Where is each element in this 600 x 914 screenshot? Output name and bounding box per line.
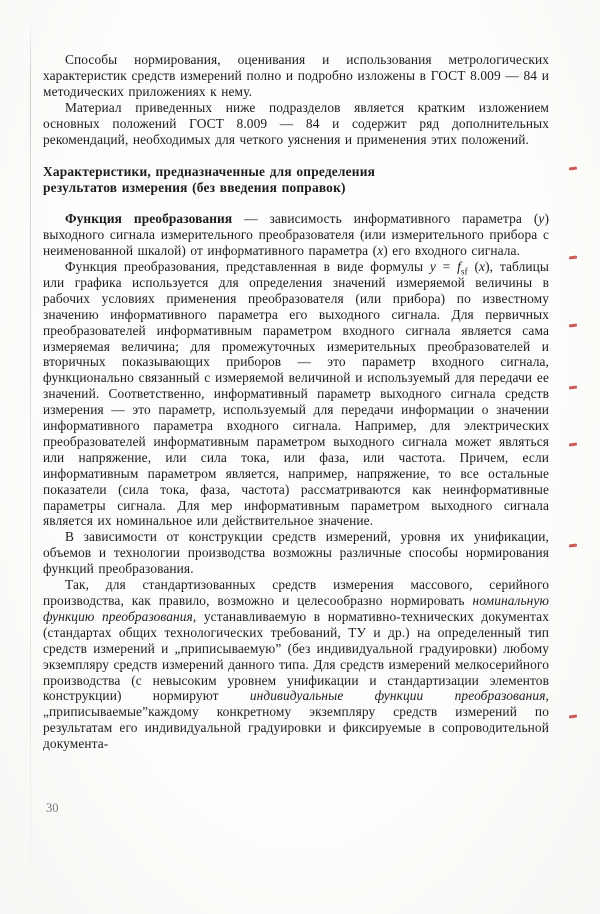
red-margin-mark [569,714,577,718]
red-margin-mark [569,543,577,547]
document-page: Способы нормирования, оценивания и испол… [0,0,600,914]
text-run: ( [468,259,479,274]
paragraph: Так, для стандартизованных средств измер… [43,577,549,752]
red-margin-mark [569,166,577,170]
text-run: = [436,259,457,274]
text-run: ), таблицы или графика используется для … [43,259,549,529]
paragraph: В зависимости от конструкции средств изм… [43,529,549,577]
red-margin-mark [569,385,577,389]
text-run: Способы нормирования, оценивания и испол… [43,52,549,99]
paragraph: Способы нормирования, оценивания и испол… [43,52,549,100]
text-run: Материал приведенных ниже подразделов яв… [43,100,549,147]
text-run: — зависимость информативного параметра ( [232,211,538,226]
paragraph: Функция преобразования, представленная в… [43,259,549,529]
page-number: 30 [46,801,59,816]
red-margin-mark [569,442,577,446]
text-run: В зависимости от конструкции средств изм… [43,529,549,576]
section-heading: Характеристики, предназначенные для опре… [43,164,549,196]
paragraph: Материал приведенных ниже подразделов яв… [43,100,549,148]
text-run: Функция преобразования [65,211,232,226]
text-column: Способы нормирования, оценивания и испол… [43,52,549,752]
text-run: Функция преобразования, представленная в… [65,259,430,274]
red-margin-mark [569,255,577,259]
section-heading-line: результатов измерения (без введения попр… [43,180,549,196]
text-run: индивидуальные функции преобразования [250,688,546,703]
text-run: ) его входного сигнала. [383,243,520,258]
scan-edge-line [30,14,31,864]
red-margin-mark [569,323,577,327]
section-heading-line: Характеристики, предназначенные для опре… [43,164,549,180]
paragraph: Функция преобразования — зависимость инф… [43,211,549,259]
